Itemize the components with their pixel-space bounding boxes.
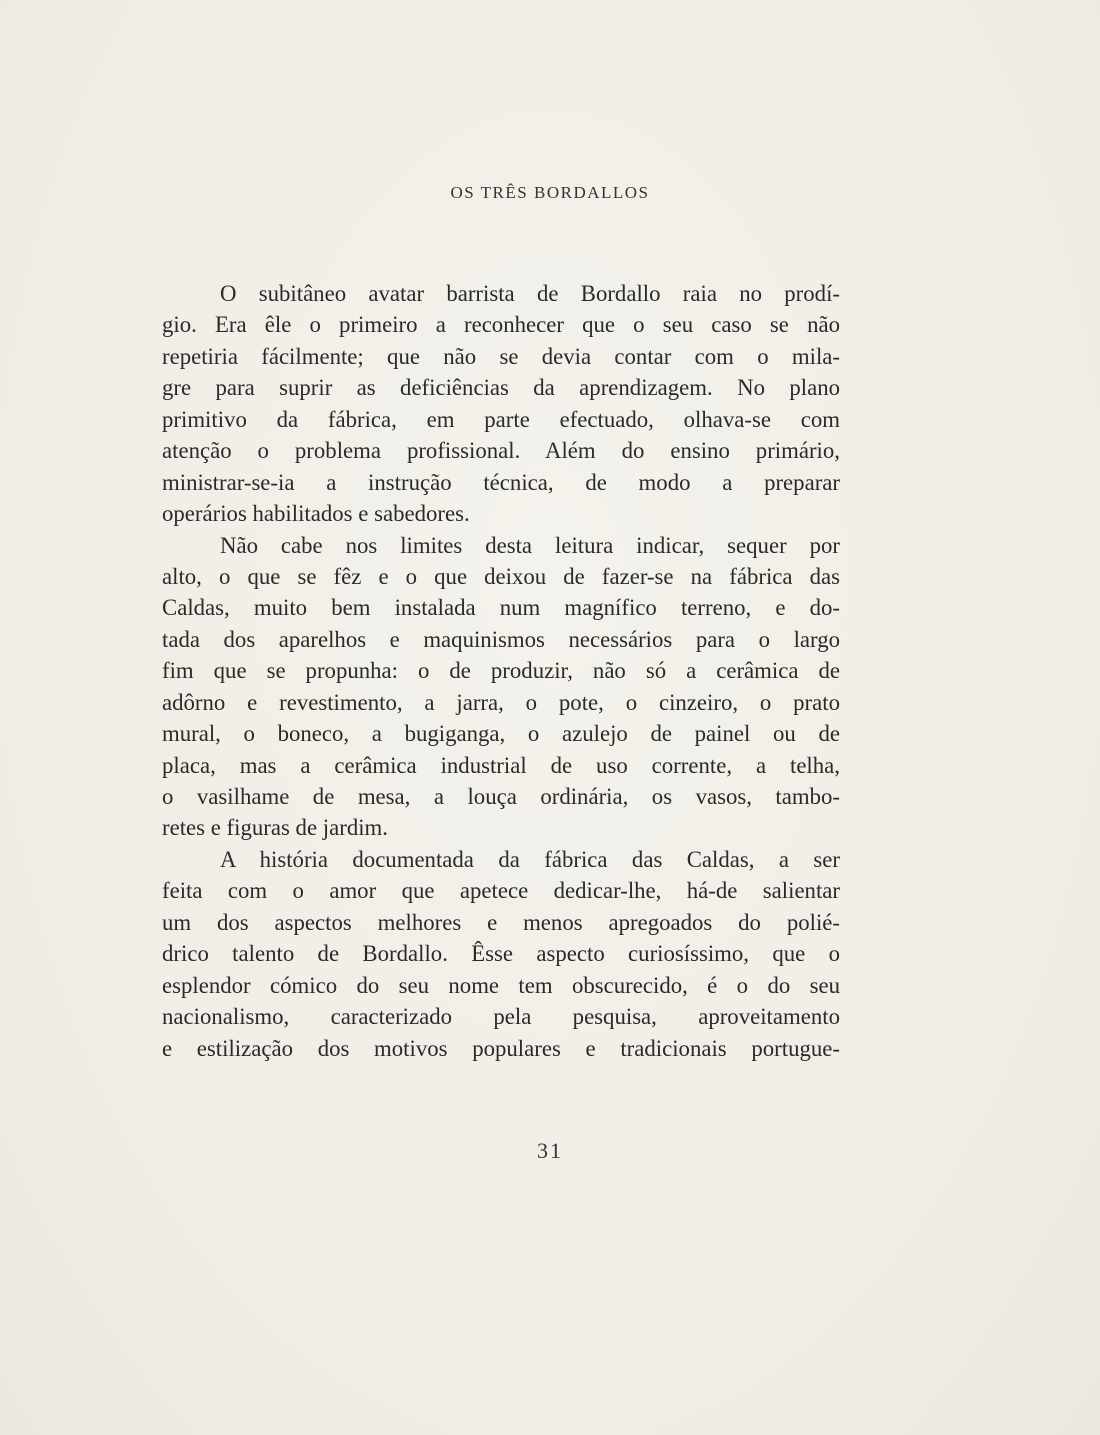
text-line: gre para suprir as deficiências da apren… (162, 372, 840, 403)
page-number: 31 (0, 1138, 1100, 1164)
text-line: Não cabe nos limites desta leitura indic… (162, 530, 840, 561)
paragraph-3: A história documentada da fábrica das Ca… (162, 844, 840, 1064)
text-line: o vasilhame de mesa, a louça ordinária, … (162, 781, 840, 812)
text-line: retes e figuras de jardim. (162, 812, 840, 843)
text-line: O subitâneo avatar barrista de Bordallo … (162, 278, 840, 309)
text-line: A história documentada da fábrica das Ca… (162, 844, 840, 875)
paragraph-2: Não cabe nos limites desta leitura indic… (162, 530, 840, 844)
text-line: fim que se propunha: o de produzir, não … (162, 655, 840, 686)
text-line: esplendor cómico do seu nome tem obscure… (162, 970, 840, 1001)
text-line: ministrar-se-ia a instrução técnica, de … (162, 467, 840, 498)
text-line: gio. Era êle o primeiro a reconhecer que… (162, 309, 840, 340)
text-line: drico talento de Bordallo. Êsse aspecto … (162, 938, 840, 969)
text-line: primitivo da fábrica, em parte efectuado… (162, 404, 840, 435)
text-line: mural, o boneco, a bugiganga, o azulejo … (162, 718, 840, 749)
text-line: alto, o que se fêz e o que deixou de faz… (162, 561, 840, 592)
text-line: um dos aspectos melhores e menos apregoa… (162, 907, 840, 938)
text-line: Caldas, muito bem instalada num magnífic… (162, 592, 840, 623)
text-line: adôrno e revestimento, a jarra, o pote, … (162, 687, 840, 718)
book-page: OS TRÊS BORDALLOS O subitâneo avatar bar… (0, 0, 1100, 1435)
text-line: operários habilitados e sabedores. (162, 498, 840, 529)
text-line: feita com o amor que apetece dedicar-lhe… (162, 875, 840, 906)
text-line: e estilização dos motivos populares e tr… (162, 1033, 840, 1064)
text-line: atenção o problema profissional. Além do… (162, 435, 840, 466)
text-line: repetiria fácilmente; que não se devia c… (162, 341, 840, 372)
running-head: OS TRÊS BORDALLOS (0, 183, 1100, 203)
paragraph-1: O subitâneo avatar barrista de Bordallo … (162, 278, 840, 530)
text-line: placa, mas a cerâmica industrial de uso … (162, 750, 840, 781)
body-text: O subitâneo avatar barrista de Bordallo … (162, 278, 840, 1064)
text-line: nacionalismo, caracterizado pela pesquis… (162, 1001, 840, 1032)
text-line: tada dos aparelhos e maquinismos necessá… (162, 624, 840, 655)
